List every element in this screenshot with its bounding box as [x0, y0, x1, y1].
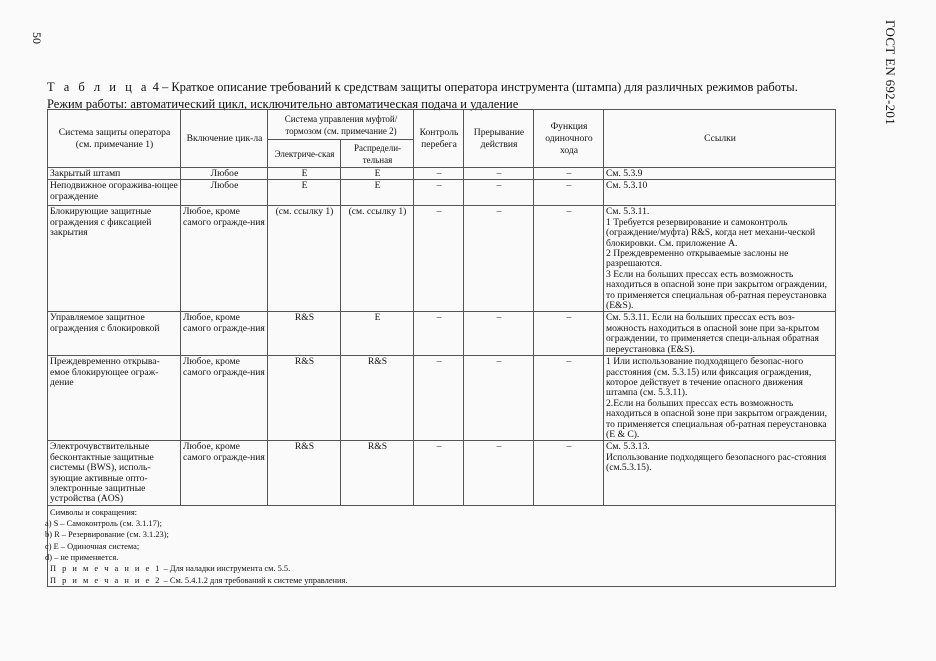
table-title: – Краткое описание требований к средства…: [162, 80, 798, 94]
document-code: ГОСТ EN 692-201: [882, 20, 898, 125]
cell-protection-system: Электрочувствительные бесконтактные защи…: [48, 441, 181, 505]
cell-overrun-control: –: [414, 180, 464, 206]
cell-cycle-start: Любое, кроме самого огражде-ния: [181, 441, 268, 505]
cell-action-interrupt: –: [464, 312, 534, 356]
cell-protection-system: Управляемое защитное ограждения с блокир…: [48, 312, 181, 356]
caption-title-line: Т а б л и ц а 4 – Краткое описание требо…: [47, 79, 798, 96]
reference-text: 1 Требуется резервирование и самоконтрол…: [606, 218, 834, 249]
cell-single-stroke: –: [534, 441, 604, 505]
cell-hydraulic: E: [341, 168, 414, 180]
footnotes-title: Символы и сокращения:: [50, 507, 834, 518]
header-clutch-brake-control: Система управления муфтой/тормозом (см. …: [268, 110, 414, 140]
cell-cycle-start: Любое, кроме самого огражде-ния: [181, 312, 268, 356]
note-2: П р и м е ч а н и е 2 – См. 5.4.1.2 для …: [50, 575, 834, 586]
cell-references: См. 5.3.11.1 Требуется резервирование и …: [604, 206, 836, 312]
cell-overrun-control: –: [414, 441, 464, 505]
cell-protection-system: Преждевременно открыва-емое блокирующее …: [48, 356, 181, 441]
header-cycle-start: Включение цик-ла: [181, 110, 268, 168]
cell-action-interrupt: –: [464, 356, 534, 441]
reference-text: 2 Преждевременно открываемые заслоны не …: [606, 249, 834, 270]
reference-text: 1 Или использование подходящего безопас-…: [606, 357, 834, 399]
cell-electric: E: [268, 168, 341, 180]
header-electric: Электриче-ская: [268, 140, 341, 168]
cell-references: См. 5.3.13.Использование подходящего без…: [604, 441, 836, 505]
cell-action-interrupt: –: [464, 180, 534, 206]
table-caption: Т а б л и ц а 4 – Краткое описание требо…: [47, 79, 798, 113]
cell-cycle-start: Любое, кроме самого огражде-ния: [181, 356, 268, 441]
cell-hydraulic: E: [341, 312, 414, 356]
reference-text: См. 5.3.11. Если на больших прессах есть…: [606, 313, 834, 355]
cell-hydraulic: E: [341, 180, 414, 206]
header-protection-system: Система защиты оператора (см. примечание…: [48, 110, 181, 168]
table-row: Управляемое защитное ограждения с блокир…: [48, 312, 836, 356]
cell-action-interrupt: –: [464, 441, 534, 505]
reference-text: 2.Если на больших прессах есть возможнос…: [606, 399, 834, 441]
header-row: Система защиты оператора (см. примечание…: [48, 110, 836, 140]
page-number: 50: [29, 32, 44, 44]
cell-references: См. 5.3.11. Если на больших прессах есть…: [604, 312, 836, 356]
cell-single-stroke: –: [534, 312, 604, 356]
table-row: Преждевременно открыва-емое блокирующее …: [48, 356, 836, 441]
cell-hydraulic: (см. ссылку 1): [341, 206, 414, 312]
cell-overrun-control: –: [414, 312, 464, 356]
table-label: Т а б л и ц а: [47, 80, 149, 94]
cell-cycle-start: Любое, кроме самого огражде-ния: [181, 206, 268, 312]
cell-action-interrupt: –: [464, 206, 534, 312]
cell-hydraulic: R&S: [341, 356, 414, 441]
cell-references: 1 Или использование подходящего безопас-…: [604, 356, 836, 441]
reference-text: См. 5.3.10: [606, 181, 834, 191]
cell-cycle-start: Любое: [181, 180, 268, 206]
footnote-item: b) R – Резервирование (см. 3.1.23);: [45, 529, 834, 540]
footnotes: Символы и сокращения: a) S – Самоконтрол…: [48, 505, 836, 586]
footnote-item: c) E – Одиночная система;: [45, 541, 834, 552]
cell-protection-system: Неподвижное огоражива-ющее ограждение: [48, 180, 181, 206]
note-1-text: – Для наладки инструмента см. 5.5.: [161, 564, 290, 573]
cell-single-stroke: –: [534, 168, 604, 180]
footnote-item: a) S – Самоконтроль (см. 3.1.17);: [45, 518, 834, 529]
note-1: П р и м е ч а н и е 1 – Для наладки инст…: [50, 563, 834, 574]
requirements-table: Система защиты оператора (см. примечание…: [47, 109, 836, 587]
cell-overrun-control: –: [414, 206, 464, 312]
cell-electric: (см. ссылку 1): [268, 206, 341, 312]
table-row: Блокирующие защитные ограждения с фиксац…: [48, 206, 836, 312]
reference-text: Использование подходящего безопасного ра…: [606, 453, 834, 474]
cell-references: См. 5.3.10: [604, 180, 836, 206]
reference-text: 3 Если на больших прессах есть возможнос…: [606, 270, 834, 312]
note-1-label: П р и м е ч а н и е 1: [50, 564, 161, 573]
header-single-stroke: Функция одиночного хода: [534, 110, 604, 168]
cell-cycle-start: Любое: [181, 168, 268, 180]
header-references: Ссылки: [604, 110, 836, 168]
header-hydraulic: Распредели-тельная: [341, 140, 414, 168]
header-action-interrupt: Прерывание действия: [464, 110, 534, 168]
footnotes-row: Символы и сокращения: a) S – Самоконтрол…: [48, 505, 836, 586]
note-2-text: – См. 5.4.1.2 для требований к системе у…: [161, 576, 347, 585]
cell-overrun-control: –: [414, 356, 464, 441]
note-2-label: П р и м е ч а н и е 2: [50, 576, 161, 585]
cell-single-stroke: –: [534, 206, 604, 312]
cell-references: См. 5.3.9: [604, 168, 836, 180]
cell-action-interrupt: –: [464, 168, 534, 180]
footnote-item: d) – не применяется.: [45, 552, 834, 563]
cell-electric: R&S: [268, 356, 341, 441]
cell-electric: R&S: [268, 441, 341, 505]
cell-electric: E: [268, 180, 341, 206]
cell-single-stroke: –: [534, 356, 604, 441]
cell-electric: R&S: [268, 312, 341, 356]
header-overrun-control: Контроль перебега: [414, 110, 464, 168]
table-number: 4: [153, 80, 159, 94]
cell-protection-system: Блокирующие защитные ограждения с фиксац…: [48, 206, 181, 312]
table-row: Неподвижное огоражива-ющее ограждениеЛюб…: [48, 180, 836, 206]
cell-single-stroke: –: [534, 180, 604, 206]
cell-hydraulic: R&S: [341, 441, 414, 505]
table-row: Электрочувствительные бесконтактные защи…: [48, 441, 836, 505]
reference-text: См. 5.3.9: [606, 169, 834, 179]
cell-overrun-control: –: [414, 168, 464, 180]
cell-protection-system: Закрытый штамп: [48, 168, 181, 180]
table-row: Закрытый штампЛюбоеEE–––См. 5.3.9: [48, 168, 836, 180]
